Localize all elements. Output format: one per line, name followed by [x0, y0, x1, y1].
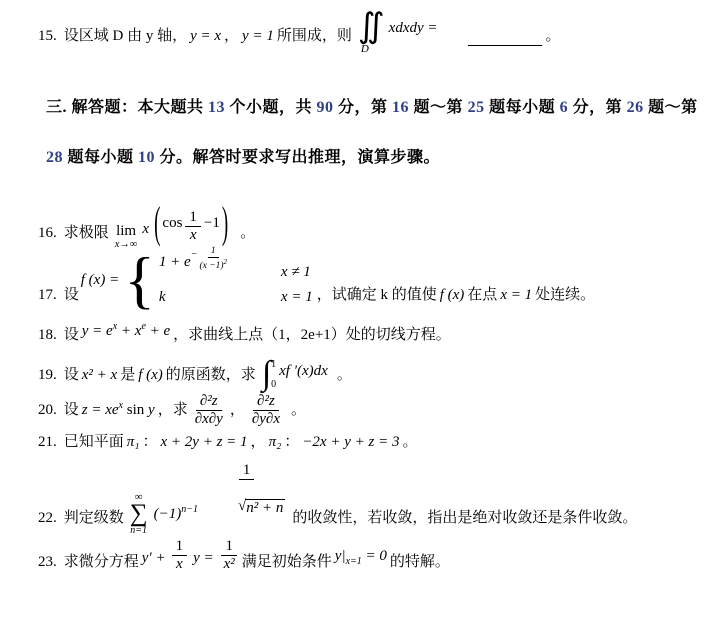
fraction-numerator: ∂²z [253, 393, 279, 411]
radicand: n² + n [245, 499, 285, 515]
double-integral-symbol-stack: ∬ D [358, 12, 385, 54]
integral-domain: D [361, 44, 369, 54]
term-exponent: n−1 [181, 504, 198, 515]
integral-icon: ∫ [262, 357, 271, 391]
header-text: 分，第 [334, 99, 393, 116]
plane-2-equation: −2x + y + z = 3 [302, 432, 399, 452]
header-text: 三. 解答题：本大题共 [46, 99, 208, 116]
colon: ： [284, 432, 299, 452]
equation-part: + e [146, 323, 170, 339]
question-number: 22. [38, 508, 57, 528]
header-number: 10 [138, 149, 155, 166]
question-text: 的原函数，求 [166, 365, 256, 385]
surface-equation: z = xex sin y [82, 396, 155, 420]
colon: ： [143, 432, 158, 452]
comma: ， [224, 26, 239, 46]
minus-one: −1 [204, 215, 220, 231]
partial-derivative-yx: ∂²z ∂y∂x [248, 393, 284, 429]
question-text: 所围成，则 [277, 26, 352, 46]
question-text: 求微分方程 [64, 552, 139, 572]
question-text: ，求曲线上点（1，2e+1）处的切线方程。 [173, 325, 451, 345]
header-text: 分，第 [568, 99, 627, 116]
comma: ， [251, 432, 266, 452]
expression-base: 1 + e [159, 254, 191, 270]
header-number: 25 [468, 99, 485, 116]
question-text: 设 [64, 285, 79, 305]
term-base: (−1) [154, 506, 182, 522]
period: 。 [337, 365, 352, 385]
header-text: 题每小题 [485, 99, 560, 116]
question-16: 16. 求极限 lim x→∞ x ( cos 1 x −1 ) 。 [38, 209, 714, 243]
question-number: 16. [38, 223, 57, 243]
sin-text: sin [127, 402, 145, 418]
equation-part: + x [117, 323, 141, 339]
curve-equation: y = ex + xe + e [82, 319, 170, 339]
question-text: ，求 [158, 400, 188, 420]
piecewise-function: f (x) = { 1 + e−1(x −1)2 x ≠ 1 k x = 1 [81, 245, 313, 315]
fraction-denominator: x² [220, 556, 239, 573]
question-text: 的收敛性，若收敛，指出是绝对收敛还是条件收敛。 [292, 508, 637, 528]
partial-derivative-xy: ∂²z ∂x∂y [191, 393, 227, 429]
fraction-1-over-x: 1 x [172, 538, 188, 574]
antiderivative-expression: x² + x [82, 365, 117, 385]
sigma-icon: ∑ [130, 502, 148, 526]
question-19: 19. 设 x² + x 是 f (x) 的原函数，求 ∫ 1 0 xf ′(x… [38, 355, 714, 385]
comma: ， [230, 400, 245, 420]
variable-y: y [148, 402, 155, 418]
question-text: ，试确定 k 的值使 [317, 285, 437, 305]
exponent: −1(x −1)2 [191, 246, 228, 273]
header-number: 13 [208, 99, 225, 116]
question-number: 20. [38, 400, 57, 420]
plane-pi-2: π₂ [269, 432, 282, 452]
question-21: 21. 已知平面 π₁ ： x + 2y + z = 1 ， π₂ ： −2x … [38, 432, 714, 452]
question-text: 设区域 D 由 y 轴， [64, 26, 187, 46]
left-brace: { [124, 245, 155, 315]
condition-value: = 0 [366, 548, 387, 564]
question-text: 求极限 [64, 223, 109, 243]
exponent-fraction-numerator: 1 [208, 246, 219, 258]
initial-condition: y|x=1 = 0 [335, 546, 387, 572]
fraction-numerator: 1 [239, 462, 255, 480]
fraction-denominator: x [172, 556, 187, 573]
fraction-denominator: x [186, 227, 201, 244]
denominator-base: (x −1) [199, 261, 223, 271]
fraction-numerator: 1 [172, 538, 188, 556]
question-text: 设 [64, 400, 79, 420]
fraction-denominator: ∂x∂y [191, 411, 227, 428]
header-number: 16 [392, 99, 409, 116]
case-1-condition: x ≠ 1 [281, 263, 311, 281]
plane-pi-1: π₁ [127, 432, 140, 452]
exponent-x: x [119, 400, 123, 411]
fraction-1-over-x: 1 x [185, 209, 201, 245]
ode-mid: y = [193, 550, 214, 566]
function-lhs: f (x) = [81, 270, 119, 290]
header-text: 分。解答时要求写出推理，演算步骤。 [155, 149, 440, 166]
series-term: (−1)n−1 [154, 502, 198, 522]
header-text: 题～第 [409, 99, 468, 116]
exponent-fraction-denominator: (x −1)2 [198, 258, 228, 273]
case-row-1: 1 + e−1(x −1)2 x ≠ 1 [159, 253, 313, 282]
integrand: xdxdy = [389, 20, 438, 36]
lim-text: lim [116, 224, 136, 239]
equation-part: z = xe [82, 402, 119, 418]
case-2-expression: k [159, 288, 281, 306]
left-paren: ( [154, 201, 160, 248]
question-23: 23. 求微分方程 y′ + 1 x y = 1 x² 满足初始条件 y|x=1… [38, 538, 714, 572]
question-18: 18. 设 y = ex + xe + e ，求曲线上点（1，2e+1）处的切线… [38, 319, 714, 345]
function-fx: f (x) [440, 285, 465, 305]
question-text: 处连续。 [535, 285, 595, 305]
right-paren: ) [222, 201, 228, 248]
exponent-minus: − [191, 246, 198, 264]
condition-subscript: x=1 [346, 556, 362, 567]
question-number: 18. [38, 325, 57, 345]
exam-page: 15. 设区域 D 由 y 轴， y = x ， y = 1 所围成，则 ∬ D… [0, 0, 720, 572]
header-text: 个小题，共 [225, 99, 317, 116]
plane-1-equation: x + 2y + z = 1 [161, 432, 248, 452]
fraction-1-over-x-squared: 1 x² [220, 538, 239, 574]
condition-x-equals-1: x = 1 [500, 285, 532, 305]
cos-text: cos [162, 215, 182, 231]
header-number: 26 [627, 99, 644, 116]
definite-integral: ∫ 1 0 [262, 355, 276, 391]
denominator-power: 2 [224, 258, 228, 266]
fraction-numerator: 1 [185, 209, 201, 227]
lower-limit: 0 [271, 375, 276, 395]
double-integral-icon: ∬ [358, 12, 385, 42]
case-row-2: k x = 1 [159, 288, 313, 306]
question-17: 17. 设 f (x) = { 1 + e−1(x −1)2 x ≠ 1 k x… [38, 245, 714, 305]
question-text: 设 [64, 365, 79, 385]
header-number: 6 [560, 99, 569, 116]
question-text: 已知平面 [64, 432, 124, 452]
fraction-numerator: ∂²z [196, 393, 222, 411]
question-text: 设 [64, 325, 79, 345]
question-number: 23. [38, 552, 57, 572]
integrand: xf ′(x)dx [279, 363, 328, 379]
question-number: 15. [38, 26, 57, 46]
ode-lhs: y′ + [142, 550, 166, 566]
period: 。 [546, 26, 561, 46]
question-text: 是 [120, 365, 135, 385]
question-text: 的特解。 [390, 552, 450, 572]
header-number: 90 [317, 99, 334, 116]
question-text: 满足初始条件 [242, 552, 332, 572]
equation-part: y = e [82, 323, 113, 339]
case-2-condition: x = 1 [281, 288, 313, 306]
header-text: 题每小题 [63, 149, 138, 166]
question-number: 17. [38, 285, 57, 305]
question-22: 22. 判定级数 ∞ ∑ n=1 (−1)n−1 1 √ n² + n 的收敛性… [38, 462, 714, 528]
fraction-numerator: 1 [221, 538, 237, 556]
summation-symbol: ∞ ∑ n=1 [130, 492, 148, 536]
upper-limit: 1 [271, 355, 276, 375]
question-number: 21. [38, 432, 57, 452]
double-integral-formula: ∬ D xdxdy = [358, 12, 438, 54]
section-3-header: 三. 解答题：本大题共 13 个小题，共 90 分，第 16 题～第 25 题每… [28, 70, 714, 195]
function-fx: f (x) [138, 365, 163, 385]
period: 。 [402, 432, 417, 452]
question-20: 20. 设 z = xex sin y ，求 ∂²z ∂x∂y ， ∂²z ∂y… [38, 393, 714, 421]
formula-y-equals-x: y = x [190, 26, 221, 46]
fraction-denominator: √ n² + n [204, 480, 289, 532]
condition-base: y| [335, 548, 346, 564]
header-number: 28 [46, 149, 63, 166]
case-1-expression: 1 + e−1(x −1)2 [159, 253, 281, 282]
period: 。 [240, 223, 255, 243]
series-fraction: 1 √ n² + n [204, 462, 289, 532]
question-text: 在点 [467, 285, 497, 305]
answer-blank [468, 28, 542, 46]
formula-y-equals-1: y = 1 [242, 26, 274, 46]
integral-limits: 1 0 [271, 355, 276, 391]
piecewise-cases: 1 + e−1(x −1)2 x ≠ 1 k x = 1 [159, 253, 313, 307]
question-text: 判定级数 [64, 508, 124, 528]
header-text: 题～第 [644, 99, 698, 116]
square-root: √ n² + n [238, 499, 285, 515]
variable-x: x [142, 221, 149, 237]
exponent-fraction: 1(x −1)2 [198, 246, 228, 273]
question-15: 15. 设区域 D 由 y 轴， y = x ， y = 1 所围成，则 ∬ D… [38, 12, 714, 46]
question-number: 19. [38, 365, 57, 385]
period: 。 [291, 400, 306, 420]
sum-lower-limit: n=1 [130, 526, 147, 536]
fraction-denominator: ∂y∂x [248, 411, 284, 428]
